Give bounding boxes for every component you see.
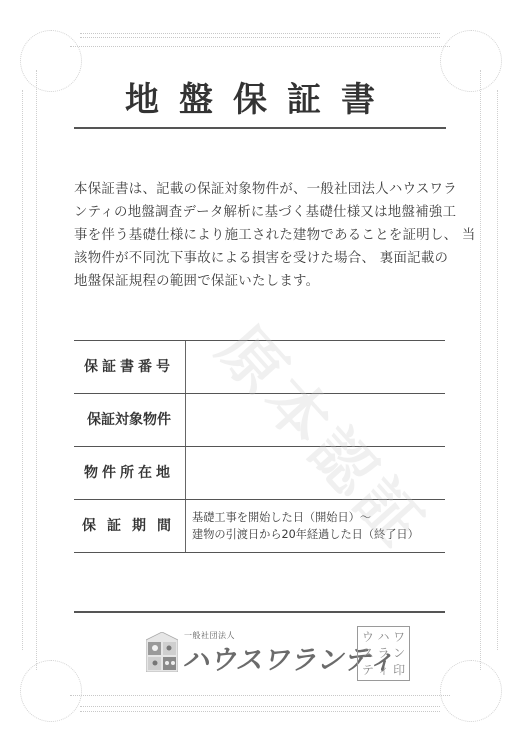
corner-ornament-bl [20,660,82,722]
value-line-end: 建物の引渡日から20年経過した日（終了日） [192,526,442,543]
house-puzzle-icon [146,632,178,672]
seal-char: ウ [360,629,376,645]
document-title: 地盤保証書 [74,72,446,121]
label-covered-property: 保証対象物件 [74,394,184,446]
statement-line: 事を伴う基礎仕様により施工された建物であることを証明し、 当 [74,224,454,247]
title-underline [74,127,446,129]
certificate-statement: 本保証書は、記載の保証対象物件が、一般社団法人ハウスワラ ンティの地盤調査データ… [74,178,454,293]
seal-char: 印 [391,662,407,678]
certificate-details-table: 保証書番号 保証対象物件 物件所在地 保証期間 基礎工事を開始した日（開始日）～… [74,340,445,553]
label-certificate-number: 保証書番号 [74,341,184,393]
frame-left-line-2 [36,70,37,670]
frame-right-line-2 [497,90,498,650]
frame-top-line-3 [70,46,450,47]
statement-line: ンティの地盤調査データ解析に基づく基礎仕様又は地盤補強工 [74,201,454,224]
value-warranty-period: 基礎工事を開始した日（開始日）～ 建物の引渡日から20年経過した日（終了日） [192,509,442,543]
table-row-covered-property: 保証対象物件 [74,393,445,446]
table-row-certificate-number: 保証書番号 [74,340,445,393]
frame-bottom-line-2 [80,706,440,707]
seal-char: ン [391,645,407,661]
value-line-start: 基礎工事を開始した日（開始日）～ [192,509,442,526]
seal-char: テ [360,662,376,678]
column-divider [185,500,186,552]
frame-left-line-1 [22,90,23,650]
table-row-property-location: 物件所在地 [74,446,445,499]
column-divider [185,447,186,499]
frame-top-line-2 [80,37,440,38]
statement-line: 地盤保証規程の範囲で保証いたします。 [74,270,454,293]
corner-ornament-tl [20,30,82,92]
signature-rule [74,611,445,613]
statement-line: 該物件が不同沈下事故による損害を受けた場合、 裏面記載の [74,247,454,270]
table-row-warranty-period: 保証期間 基礎工事を開始した日（開始日）～ 建物の引渡日から20年経過した日（終… [74,499,445,553]
seal-char: ハ [376,629,392,645]
column-divider [185,394,186,446]
seal-char: ィ [376,662,392,678]
frame-bottom-line-3 [80,711,440,712]
statement-line: 本保証書は、記載の保証対象物件が、一般社団法人ハウスワラ [74,178,454,201]
official-seal-stamp: ウ ハ ワ ス ラ ン テ ィ 印 [357,626,410,681]
frame-top-line-1 [80,33,440,34]
corner-ornament-tr [440,30,502,92]
seal-char: ワ [391,629,407,645]
seal-char: ス [360,645,376,661]
label-warranty-period: 保証期間 [74,500,184,552]
label-property-location: 物件所在地 [74,447,184,499]
issuer-logo: 一般社団法人 ハウスワランティ ウ ハ ワ ス ラ ン テ ィ 印 [146,626,416,684]
column-divider [185,341,186,393]
frame-right-line-1 [480,70,481,670]
frame-bottom-line-1 [70,695,450,696]
corner-ornament-br [440,660,502,722]
seal-char: ラ [376,645,392,661]
